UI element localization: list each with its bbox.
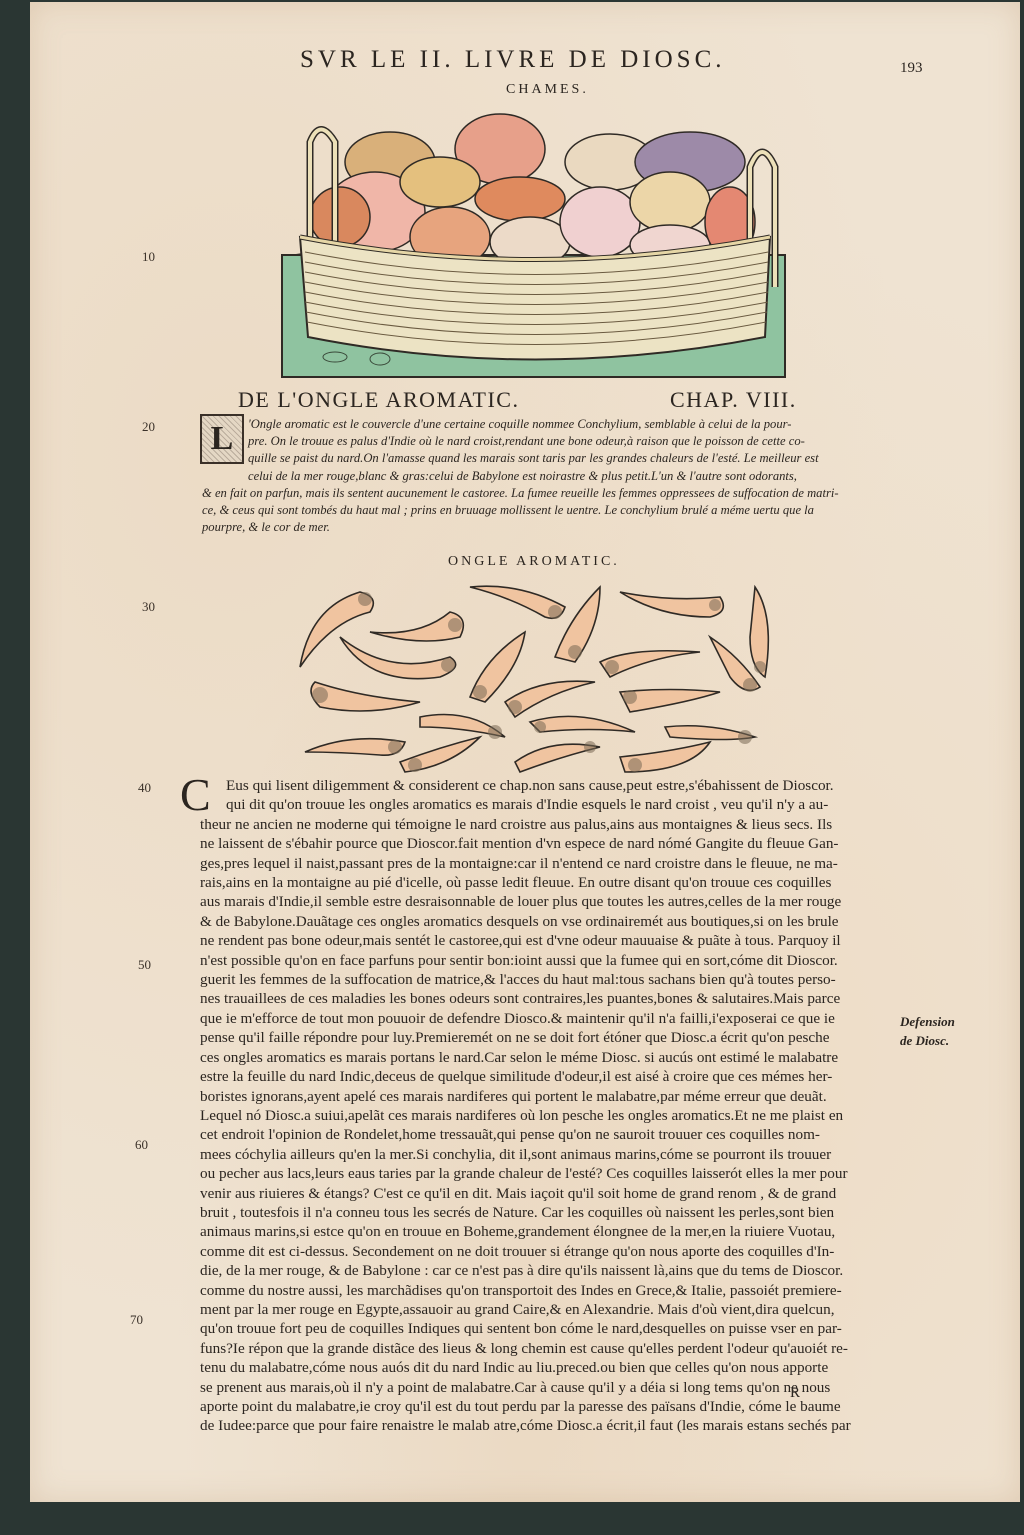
signature-mark: R — [790, 1385, 800, 1402]
commentary-line: animaus marins,si estce qu'on en trouue … — [200, 1222, 910, 1241]
commentary-line: estre la feuille du nard Indic,deceus de… — [200, 1067, 910, 1086]
basket-of-shells-illustration — [280, 107, 790, 382]
commentary-line: tenu du malabatre,cóme nous auós dit du … — [200, 1358, 910, 1377]
line-number-70: 70 — [130, 1312, 143, 1328]
commentary-line: Lequel nó Diosc.a suiui,apelãt ces marai… — [200, 1106, 910, 1125]
line-number-30: 30 — [142, 599, 155, 615]
margin-note: Defension de Diosc. — [900, 1012, 955, 1050]
chapter-number: CHAP. VIII. — [670, 387, 797, 413]
commentary-line: Eus qui lisent diligemment & considerent… — [200, 776, 910, 795]
commentary-line: comme dit est ci-dessus. Secondement on … — [200, 1242, 910, 1261]
commentary-line: qu'on trouue fort peu de coquilles Indiq… — [200, 1319, 910, 1338]
commentary-line: theur ne ancien ne moderne qui témoigne … — [200, 815, 910, 834]
commentary-text: Eus qui lisent diligemment & considerent… — [200, 776, 910, 1436]
chapter-summary: 'Ongle aromatic est le couvercle d'une c… — [202, 416, 902, 536]
margin-note-line: Defension — [900, 1012, 955, 1031]
commentary-line: bruit , toutesfois il n'a conneu tous le… — [200, 1203, 910, 1222]
commentary-line: funs?Ie répon que la grande distãce des … — [200, 1339, 910, 1358]
commentary-line: & de Babylone.Dauãtage ces ongles aromat… — [200, 912, 910, 931]
figure-caption-chames: CHAMES. — [506, 82, 589, 98]
commentary-line: ou pecher aus lacs,leurs eaus taries par… — [200, 1164, 910, 1183]
commentary-line: mees cóchylia ailleurs qu'en la mer.Si c… — [200, 1145, 910, 1164]
aromatic-claws-illustration — [290, 577, 790, 777]
commentary-line: ges,pres lequel il naist,passant pres de… — [200, 854, 910, 873]
summary-line: 'Ongle aromatic est le couvercle d'une c… — [202, 416, 902, 433]
commentary-line: pense qu'il faille répondre pour luy.Pre… — [200, 1028, 910, 1047]
summary-line: quille se paist du nard.On l'amasse quan… — [202, 450, 902, 467]
commentary-line: se prenent aus marais,où il n'y a point … — [200, 1378, 910, 1397]
commentary-line: ment par la mer rouge en Egypte,assauoir… — [200, 1300, 910, 1319]
commentary-line: cet endroit l'opinion de Rondelet,home t… — [200, 1125, 910, 1144]
commentary-line: aporte point du malabatre,ie croy qu'il … — [200, 1397, 910, 1416]
commentary-line: ne laissent de s'ébahir pource que Diosc… — [200, 834, 910, 853]
summary-line: & en fait on parfun, mais ils sentent au… — [202, 485, 902, 502]
commentary-line: ces ongles aromatics es marais portans l… — [200, 1048, 910, 1067]
summary-line: pourpre, & le cor de mer. — [202, 519, 902, 536]
line-number-60: 60 — [135, 1137, 148, 1153]
commentary-line: boristes ignorans,ayent apelé ces marais… — [200, 1087, 910, 1106]
commentary-line: rais,ains en la montaigne au pié d'icell… — [200, 873, 910, 892]
commentary-line: ne rendent pas bone odeur,mais sentét le… — [200, 931, 910, 950]
line-number-20: 20 — [142, 419, 155, 435]
margin-note-line: de Diosc. — [900, 1031, 955, 1050]
book-page: SVR LE II. LIVRE DE DIOSC. 193 CHAMES. 1… — [30, 2, 1020, 1502]
commentary-line: que ie m'efforce de tout mon pouuoir de … — [200, 1009, 910, 1028]
commentary-line: nes trauaillees de ces maladies les bone… — [200, 989, 910, 1008]
summary-line: celui de la mer rouge,blanc & gras:celui… — [202, 468, 902, 485]
commentary-line: die, de la mer rouge, & de Babylone : ca… — [200, 1261, 910, 1280]
summary-line: ce, & ceus qui sont tombés du haut mal ;… — [202, 502, 902, 519]
commentary-line: n'est possible qu'on en face parfuns pou… — [200, 951, 910, 970]
commentary-line: comme du nostre aussi, les marchãdises q… — [200, 1281, 910, 1300]
running-head: SVR LE II. LIVRE DE DIOSC. — [300, 46, 726, 74]
figure-caption-ongle: ONGLE AROMATIC. — [448, 554, 620, 570]
summary-line: pre. On le trouue es palus d'Indie où le… — [202, 433, 902, 450]
line-number-50: 50 — [138, 957, 151, 973]
line-number-10: 10 — [142, 249, 155, 265]
commentary-line: guerit les femmes de la suffocation de m… — [200, 970, 910, 989]
chapter-title: DE L'ONGLE AROMATIC. — [238, 387, 519, 413]
commentary-line: venir aus riuieres & étangs? C'est ce qu… — [200, 1184, 910, 1203]
commentary-line: qui dit qu'on trouue les ongles aromatic… — [200, 795, 910, 814]
page-number: 193 — [900, 60, 923, 77]
line-number-40: 40 — [138, 780, 151, 796]
commentary-line: de Iudee:parce que pour faire renaistre … — [200, 1416, 910, 1435]
commentary-line: aus marais d'Indie,il semble estre desra… — [200, 892, 910, 911]
